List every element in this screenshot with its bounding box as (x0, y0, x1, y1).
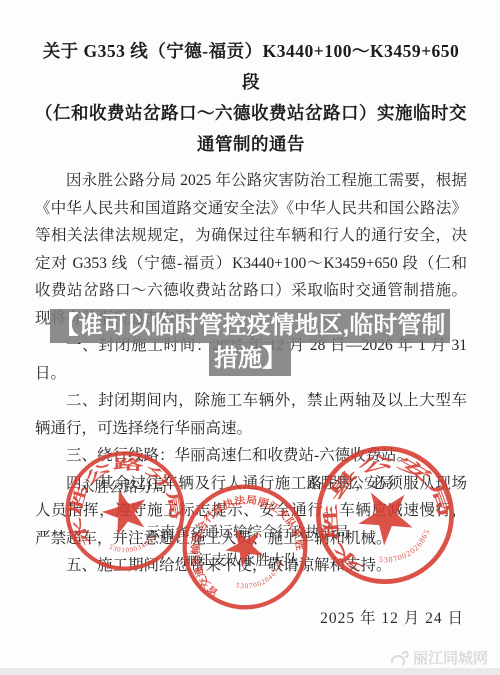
seal-code: 5301090340937 (106, 530, 163, 560)
title-line-1: 关于 G353 线（宁德-福贡）K3440+100～K3459+650 段 (35, 36, 467, 98)
title-line-3: 通管制的通告 (35, 129, 467, 160)
caption-line-1: 【谁可以临时管控疫情地区,临时管制 (50, 309, 451, 343)
svg-text:5301090340937: 5301090340937 (106, 530, 163, 560)
seal-star-icon (348, 478, 421, 551)
watermark-logo-icon (389, 650, 409, 666)
caption-line-2: 措施】 (209, 342, 291, 376)
caption-overlay: 【谁可以临时管控疫情地区,临时管制 措施】 (0, 309, 500, 376)
title-line-2: （仁和收费站岔路口～六德收费站岔路口）实施临时交 (35, 98, 467, 129)
site-watermark: 丽江同城网 (389, 647, 488, 668)
notice-title: 关于 G353 线（宁德-福贡）K3440+100～K3459+650 段 （仁… (35, 36, 467, 160)
seal-star-icon (219, 520, 270, 570)
paragraph-intro: 因永胜公路分局 2025 年公路灾害防治工程施工需要，根据《中华人民共和国道路交… (35, 167, 467, 332)
seal-star-icon (97, 484, 152, 538)
notice-date: 2025 年 12 月 24 日 (320, 606, 464, 628)
watermark-text: 丽江同城网 (413, 647, 488, 668)
notice-document: 关于 G353 线（宁德-福贡）K3440+100～K3459+650 段 （仁… (0, 0, 500, 675)
